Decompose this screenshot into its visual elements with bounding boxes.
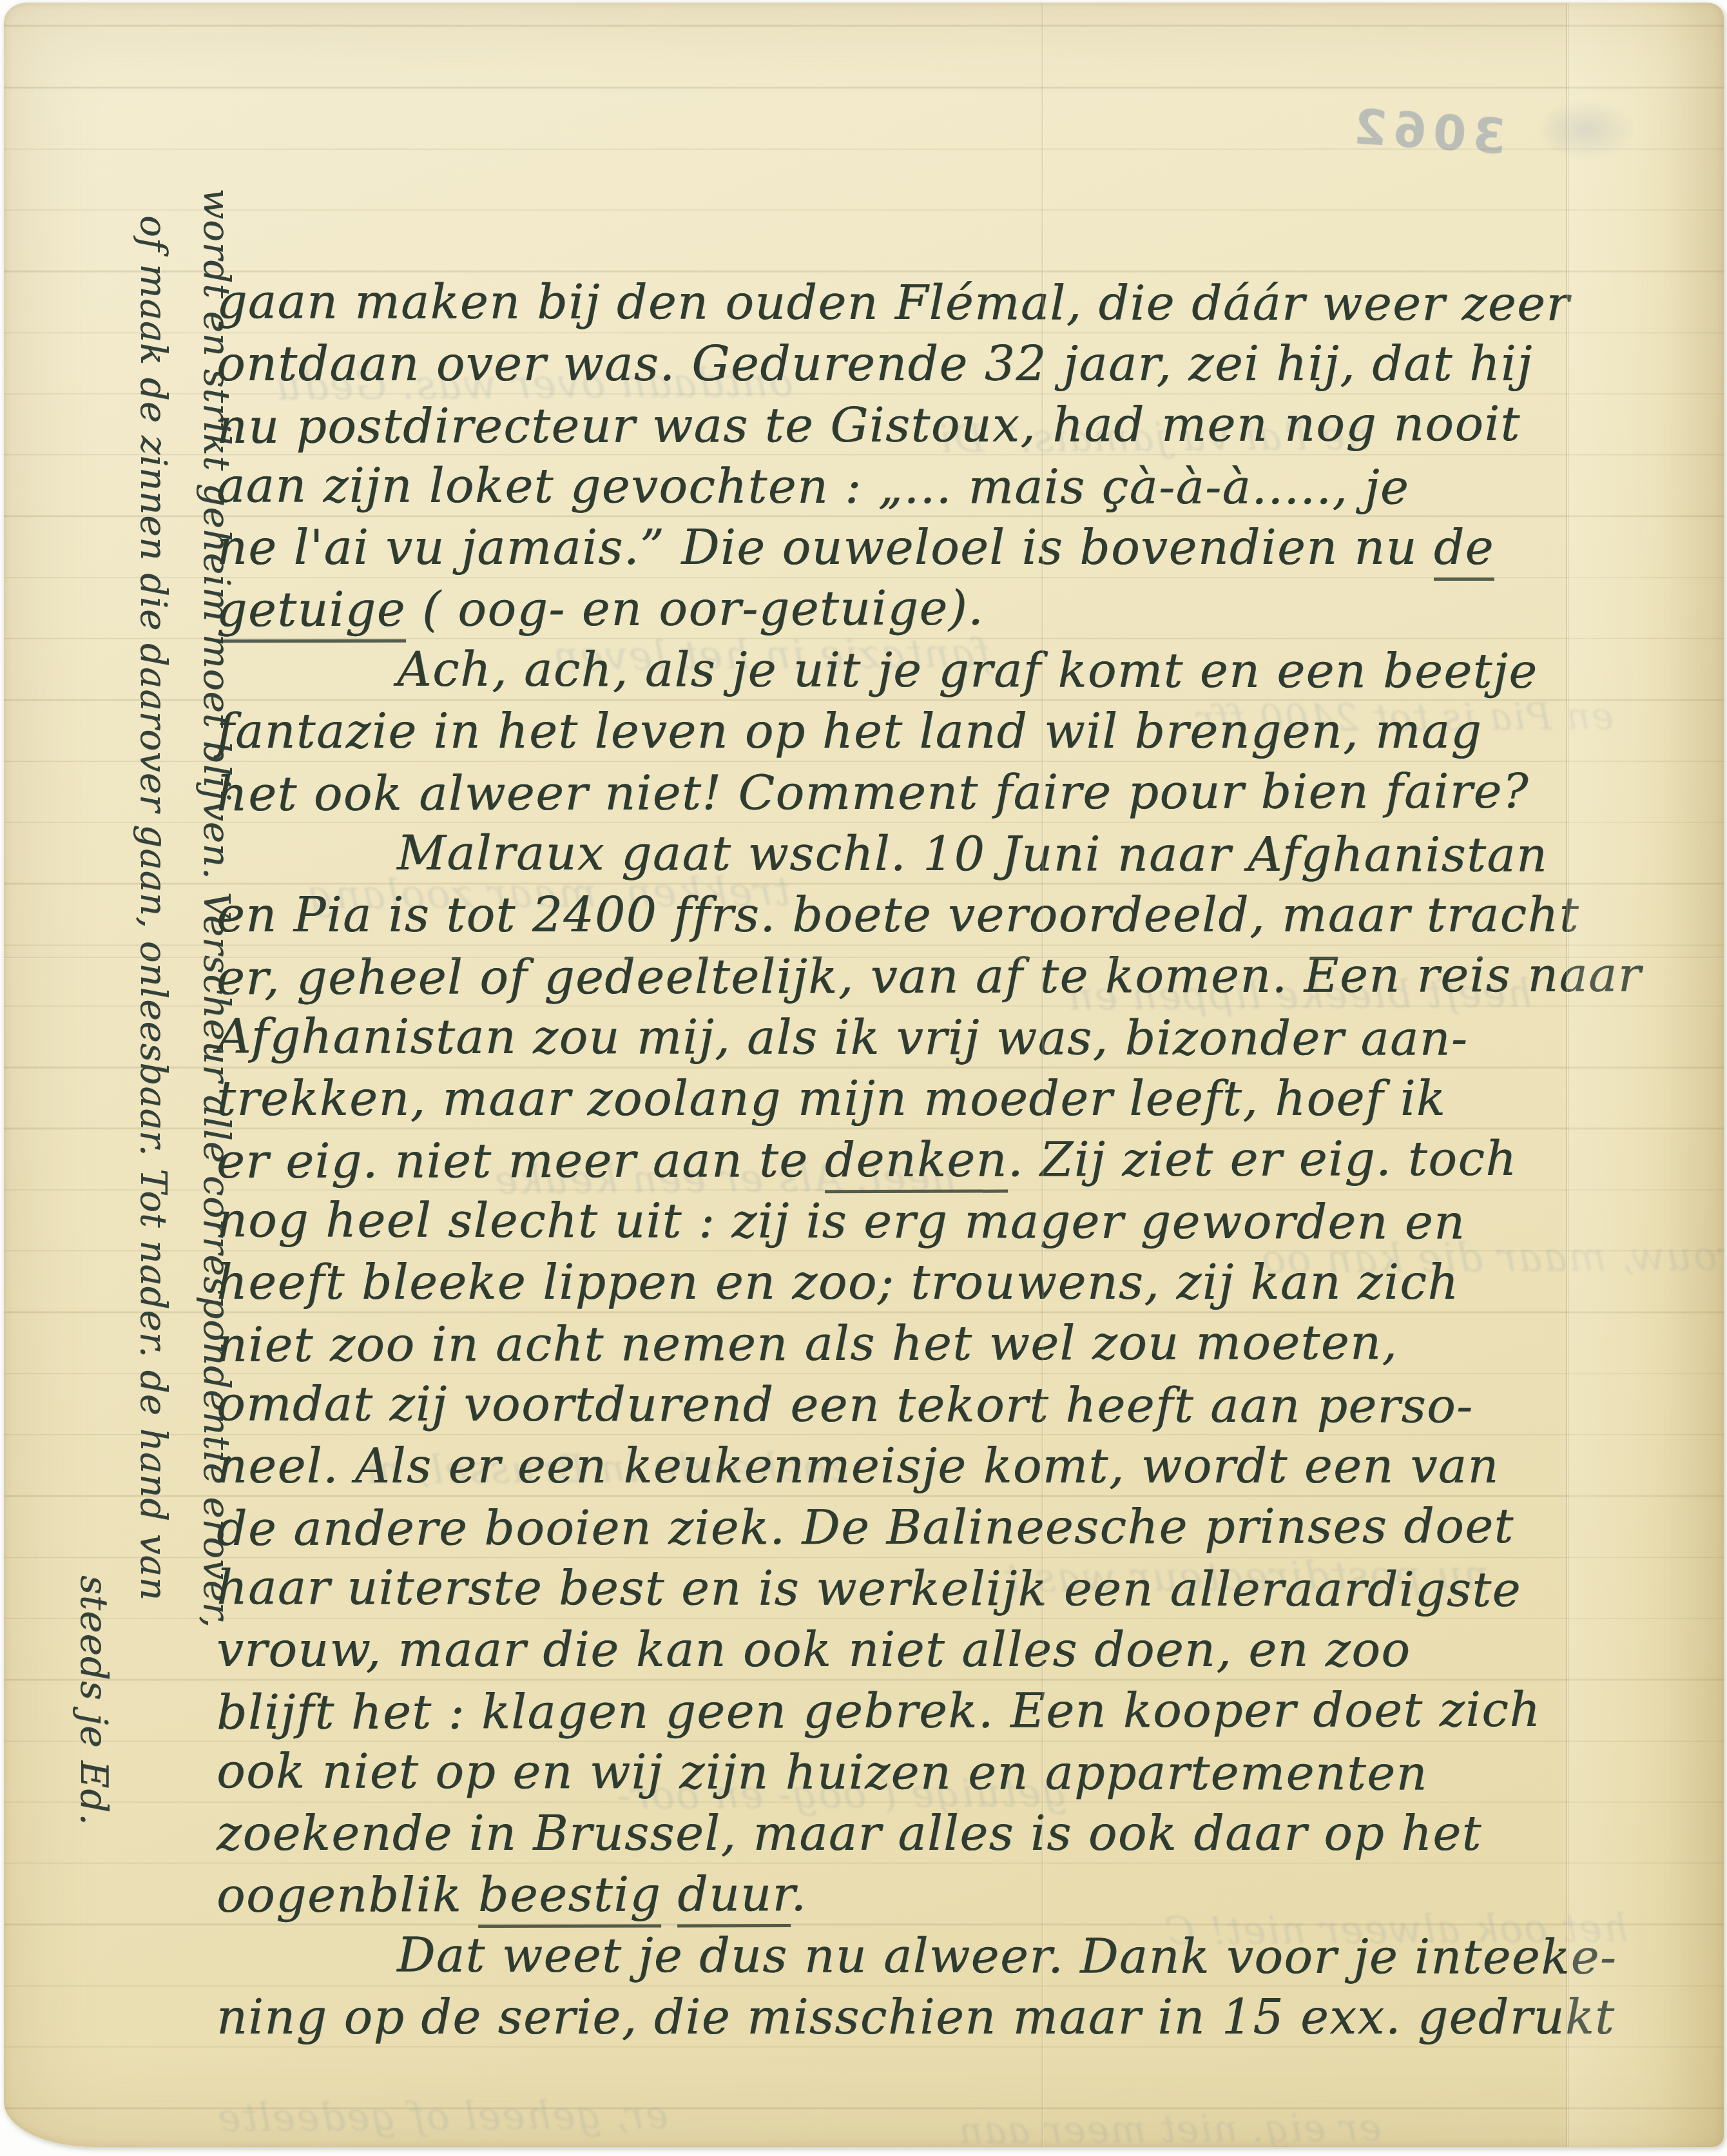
underlined-word: beestig	[478, 1867, 661, 1928]
letter-line: en Pia is tot 2400 ffrs. boete veroordee…	[217, 884, 1579, 946]
letter-line: fantazie in het leven op het land wil br…	[217, 701, 1482, 762]
line-text: trekken, maar zoolang mijn moeder leeft,…	[217, 1071, 1446, 1127]
underlined-word: de	[1434, 520, 1494, 581]
letter-line: zoekende in Brussel, maar alles is ook d…	[217, 1803, 1482, 1865]
line-text: haar uiterste best en is werkelijk een a…	[217, 1560, 1521, 1618]
letter-line: ning op de serie, die misschien maar in …	[217, 1986, 1615, 2048]
line-text: er eig. niet meer aan te	[217, 1132, 825, 1189]
letter-line: vrouw, maar die kan ook niet alles doen,…	[217, 1619, 1411, 1681]
underlined-word: duur	[677, 1867, 791, 1927]
letter-line: Ach, ach, als je uit je graf komt en een…	[217, 638, 1538, 703]
line-text: het ook alweer niet! Comment faire pour …	[217, 764, 1529, 822]
line-text: oogenblik	[217, 1867, 478, 1923]
letter-line: er, geheel of gedeeltelijk, van af te ko…	[217, 944, 1642, 1009]
archive-number-stamp: 3062	[1346, 99, 1507, 166]
line-text: ( oog- en oor-getuige).	[406, 581, 984, 637]
letter-line: nu postdirecteur was te Gistoux, had men…	[217, 393, 1521, 458]
margin-line: steeds je Ed.	[72, 1575, 116, 1826]
letter-line: er eig. niet meer aan te denken. Zij zie…	[217, 1128, 1518, 1192]
letter-line: getuige ( oog- en oor-getuige).	[217, 578, 984, 641]
letter-line: het ook alweer niet! Comment faire pour …	[217, 761, 1529, 825]
letter-line: omdat zij voortdurend een tekort heeft a…	[217, 1373, 1474, 1437]
line-text: vrouw, maar die kan ook niet alles doen,…	[217, 1622, 1411, 1678]
letter-line: nog heel slecht uit : zij is erg mager g…	[217, 1189, 1465, 1253]
scanned-letter: ontdaan over was. Gedune l'ai vu jamais.…	[0, 0, 1727, 2156]
line-text: nu postdirecteur was te Gistoux, had men…	[217, 396, 1521, 454]
line-text: heeft bleeke lippen en zoo; trouwens, zi…	[217, 1255, 1459, 1310]
line-text: blijft het : klagen geen gebrek. Een koo…	[217, 1682, 1541, 1740]
letter-line: heeft bleeke lippen en zoo; trouwens, zi…	[217, 1252, 1459, 1314]
line-text: en Pia is tot 2400 ffrs. boete veroordee…	[217, 888, 1579, 943]
letter-line: Malraux gaat wschl. 10 Juni naar Afghani…	[217, 822, 1548, 886]
underlined-word: getuige	[217, 582, 406, 643]
bleedthrough-line: er, geheel of gedeelte	[217, 2093, 669, 2141]
letter-line: Dat weet je dus nu alweer. Dank voor je …	[217, 1924, 1617, 1988]
line-text: zoekende in Brussel, maar alles is ook d…	[217, 1806, 1482, 1861]
line-text	[661, 1867, 677, 1922]
letter-line: de andere booien ziek. De Balineesche pr…	[217, 1495, 1514, 1560]
underlined-word: denken	[824, 1132, 1007, 1194]
letter-page: ontdaan over was. Gedune l'ai vu jamais.…	[4, 3, 1724, 2147]
line-text: neel. Als er een keukenmeisje komt, word…	[217, 1439, 1500, 1494]
line-text: de andere booien ziek. De Balineesche pr…	[217, 1499, 1514, 1557]
line-text: Ach, ach, als je uit je graf komt en een…	[397, 642, 1538, 699]
line-text: aan zijn loket gevochten : „... mais çà-…	[217, 458, 1409, 515]
line-text: Afghanistan zou mij, als ik vrij was, bi…	[217, 1009, 1469, 1066]
line-text: ook niet op en wij zijn huizen en appart…	[217, 1743, 1428, 1801]
letter-line: aan zijn loket gevochten : „... mais çà-…	[217, 454, 1409, 518]
line-text: Dat weet je dus nu alweer. Dank voor je …	[397, 1928, 1617, 1985]
line-text: ontdaan over was. Gedurende 32 jaar, zei…	[217, 336, 1533, 392]
letter-line: ne l'ai vu jamais.” Die ouweloel is bove…	[217, 517, 1494, 579]
fold-crease-horizontal	[4, 957, 1724, 959]
line-text: nog heel slecht uit : zij is erg mager g…	[217, 1192, 1465, 1250]
letter-line: neel. Als er een keukenmeisje komt, word…	[217, 1435, 1500, 1497]
line-text: . Zij ziet er eig. toch	[1008, 1131, 1518, 1188]
letter-line: blijft het : klagen geen gebrek. Een koo…	[217, 1679, 1541, 1743]
line-text: ning op de serie, die misschien maar in …	[217, 1990, 1615, 2045]
letter-line: gaan maken bij den ouden Flémal, die dáá…	[217, 271, 1570, 335]
letter-line: haar uiterste best en is werkelijk een a…	[217, 1557, 1521, 1621]
paper-edge-shading	[1569, 3, 1724, 2147]
bleedthrough-line: er eig. niet meer aan	[958, 2106, 1382, 2147]
line-text: niet zoo in acht nemen als het wel zou m…	[217, 1315, 1398, 1373]
line-text: ne l'ai vu jamais.” Die ouweloel is bove…	[217, 520, 1434, 576]
letter-line: Afghanistan zou mij, als ik vrij was, bi…	[217, 1005, 1469, 1069]
letter-line: oogenblik beestig duur.	[217, 1863, 807, 1927]
margin-line: of maak de zinnen die daarover gaan, onl…	[132, 215, 174, 1601]
letter-line: ontdaan over was. Gedurende 32 jaar, zei…	[217, 333, 1533, 395]
fold-crease-vertical-center	[1041, 3, 1044, 2147]
line-text: omdat zij voortdurend een tekort heeft a…	[217, 1376, 1474, 1433]
line-text: .	[791, 1867, 807, 1922]
line-text: gaan maken bij den ouden Flémal, die dáá…	[217, 274, 1570, 332]
line-text: fantazie in het leven op het land wil br…	[217, 704, 1482, 759]
letter-line: ook niet op en wij zijn huizen en appart…	[217, 1740, 1428, 1804]
letter-line: niet zoo in acht nemen als het wel zou m…	[217, 1312, 1398, 1376]
line-text: Malraux gaat wschl. 10 Juni naar Afghani…	[397, 826, 1548, 883]
letter-line: trekken, maar zoolang mijn moeder leeft,…	[217, 1068, 1446, 1130]
